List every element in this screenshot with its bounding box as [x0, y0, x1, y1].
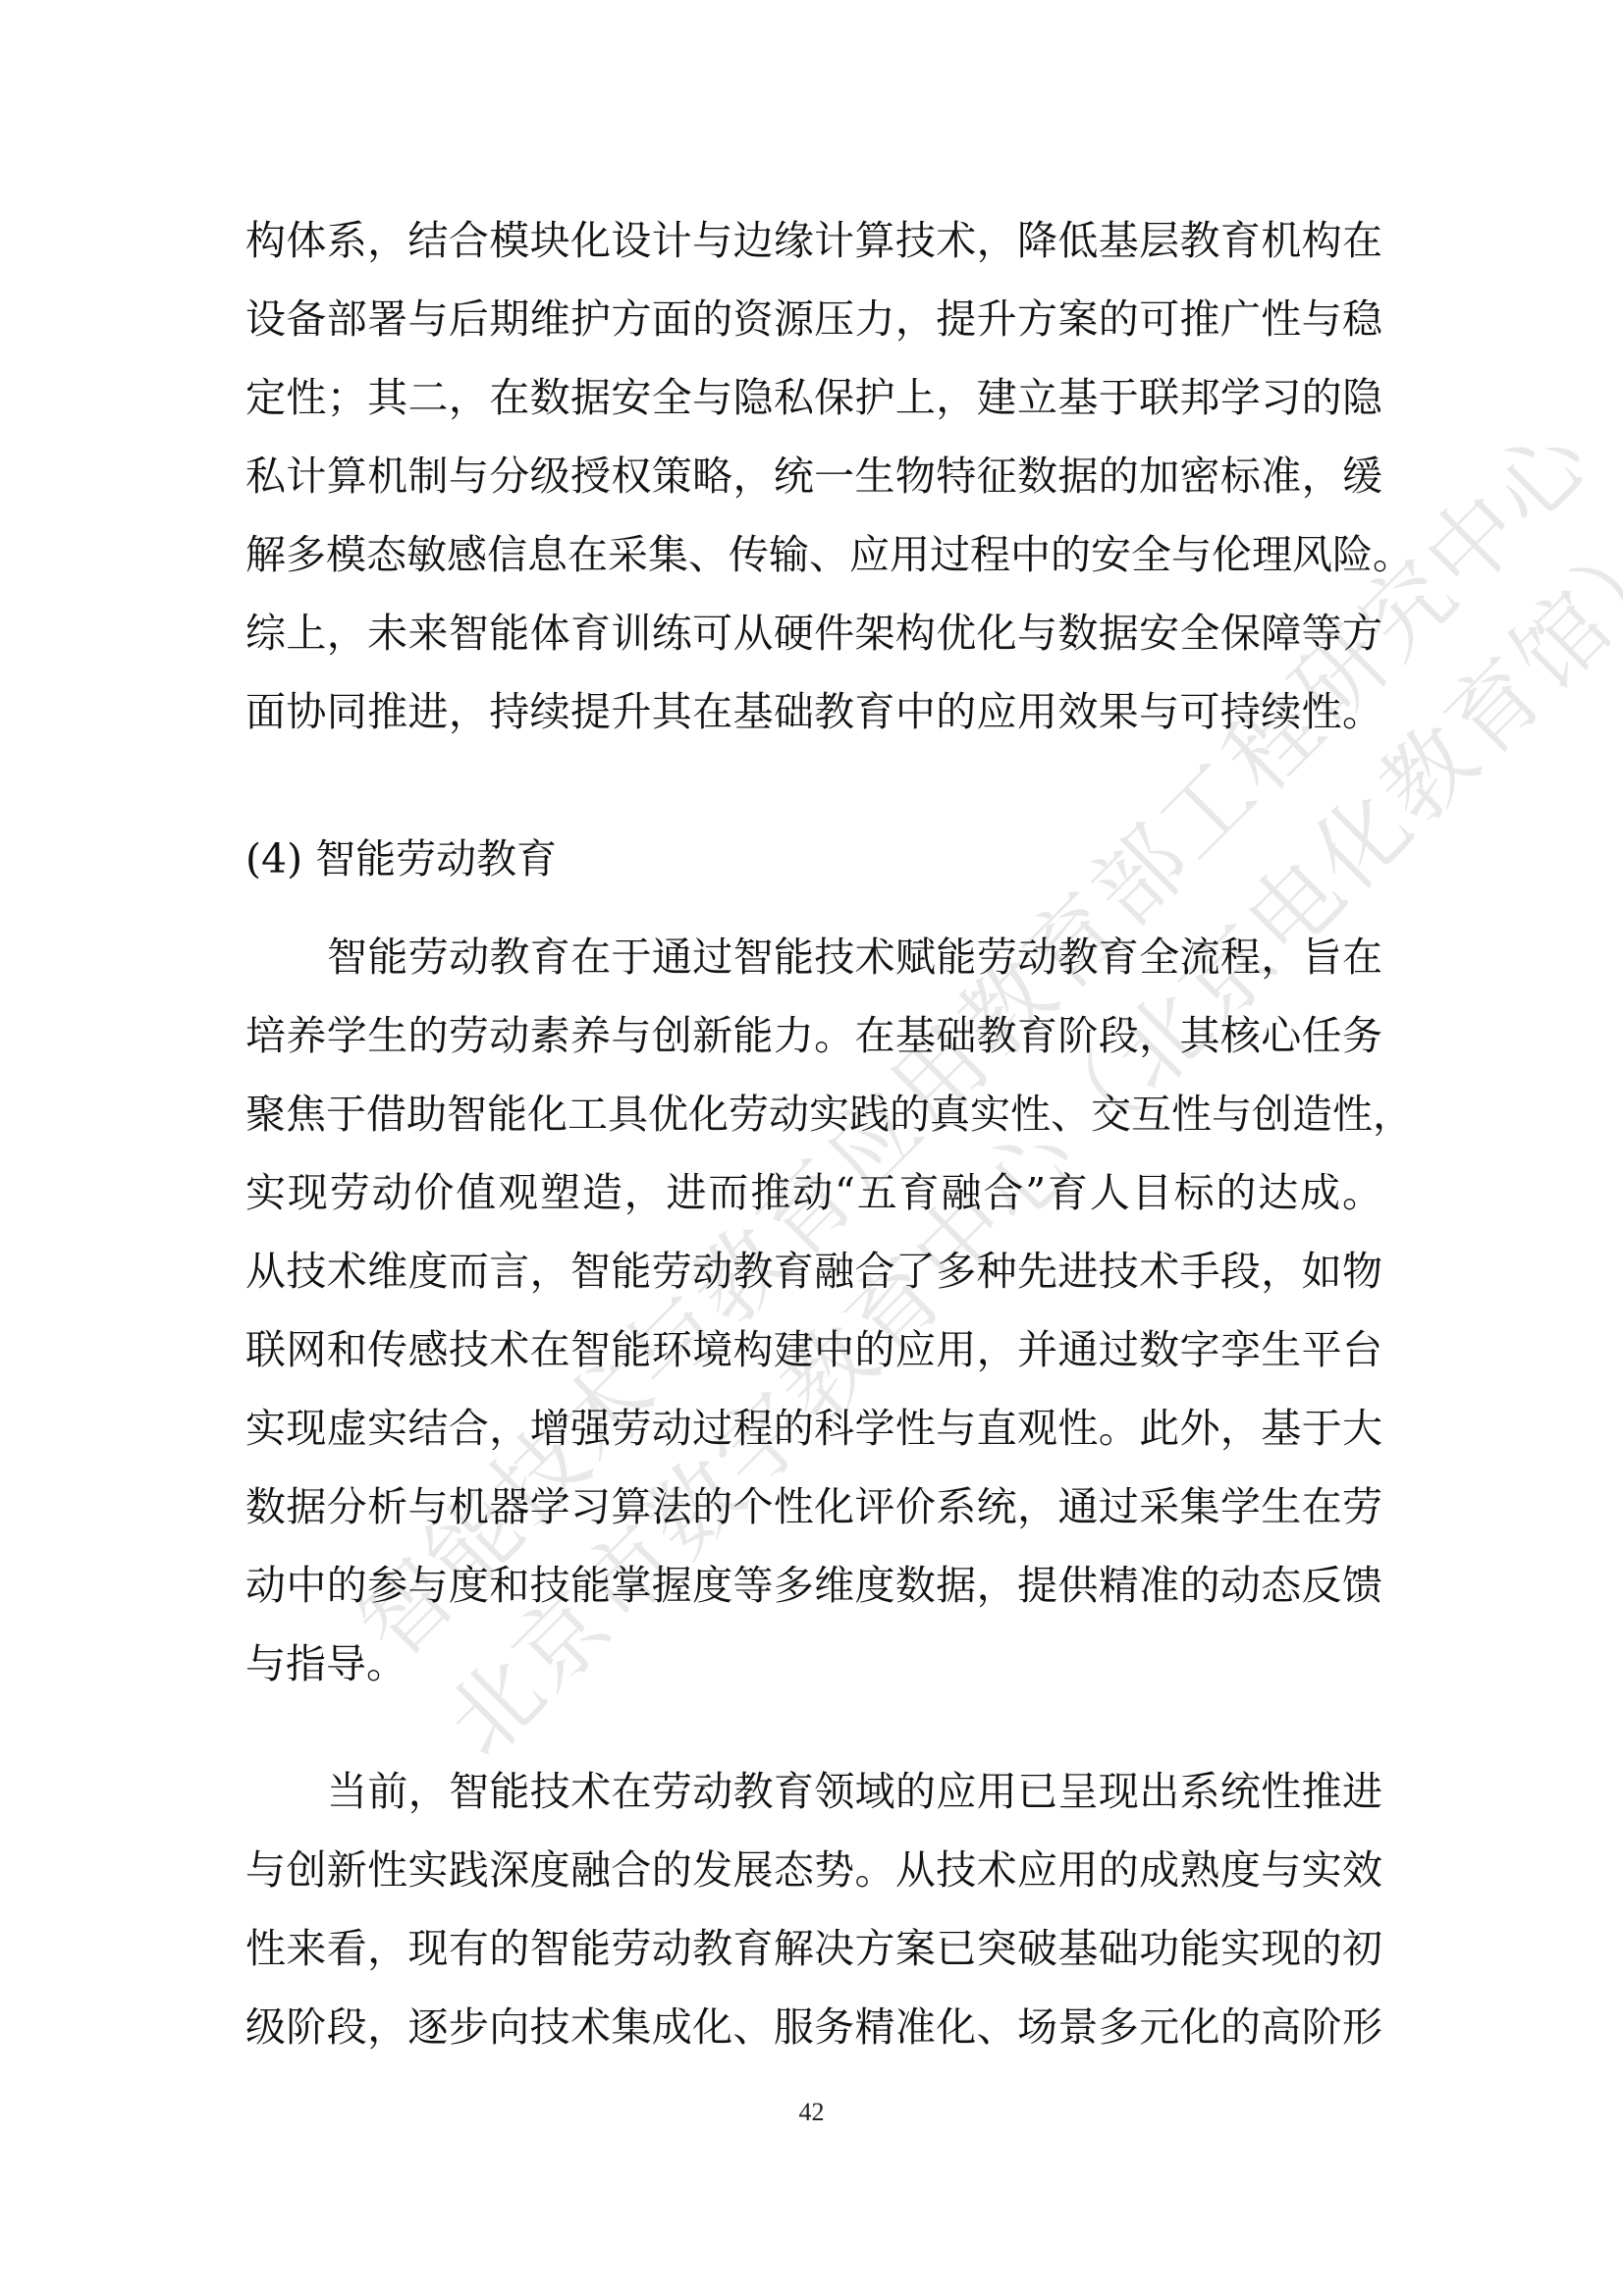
text-line: 实现虚实结合，增强劳动过程的科学性与直观性。此外，基于大	[245, 1399, 1382, 1458]
text-line: 私计算机制与分级授权策略，统一生物特征数据的加密标准，缓	[245, 447, 1382, 506]
text-line: 定性；其二，在数据安全与隐私保护上，建立基于联邦学习的隐	[245, 368, 1382, 427]
text-line: 实现劳动价值观塑造，进而推动“五育融合”育人目标的达成。	[245, 1163, 1382, 1222]
text-line: 与指导。	[245, 1634, 1382, 1693]
text-line: 当前，智能技术在劳动教育领域的应用已呈现出系统性推进	[327, 1762, 1382, 1821]
text-line: 动中的参与度和技能掌握度等多维度数据，提供精准的动态反馈	[245, 1556, 1382, 1615]
text-line: 面协同推进，持续提升其在基础教育中的应用效果与可持续性。	[245, 682, 1382, 741]
text-line: 培养学生的劳动素养与创新能力。在基础教育阶段，其核心任务	[245, 1006, 1382, 1065]
text-line: 与创新性实践深度融合的发展态势。从技术应用的成熟度与实效	[245, 1841, 1382, 1899]
text-line: 智能劳动教育在于通过智能技术赋能劳动教育全流程，旨在	[327, 928, 1382, 987]
text-line: 数据分析与机器学习算法的个性化评价系统，通过采集学生在劳	[245, 1477, 1382, 1536]
text-line: 设备部署与后期维护方面的资源压力，提升方案的可推广性与稳	[245, 290, 1382, 348]
text-line: 聚焦于借助智能化工具优化劳动实践的真实性、交互性与创造性，	[245, 1085, 1382, 1144]
text-line: 性来看，现有的智能劳动教育解决方案已突破基础功能实现的初	[245, 1919, 1382, 1978]
text-line: 构体系，结合模块化设计与边缘计算技术，降低基层教育机构在	[245, 211, 1382, 270]
text-line: 解多模态敏感信息在采集、传输、应用过程中的安全与伦理风险。	[245, 525, 1382, 584]
text-line: 级阶段，逐步向技术集成化、服务精准化、场景多元化的高阶形	[245, 1998, 1382, 2056]
document-page: 智能技术与教育应用教育部工程研究中心 北京市数字教育中心（北京电化教育馆） 构体…	[0, 0, 1623, 2296]
text-line: 从技术维度而言，智能劳动教育融合了多种先进技术手段，如物	[245, 1242, 1382, 1301]
section-heading: (4) 智能劳动教育	[245, 829, 557, 888]
page-number: 42	[0, 2098, 1623, 2127]
text-line: 联网和传感技术在智能环境构建中的应用，并通过数字孪生平台	[245, 1320, 1382, 1379]
text-line: 综上，未来智能体育训练可从硬件架构优化与数据安全保障等方	[245, 604, 1382, 663]
